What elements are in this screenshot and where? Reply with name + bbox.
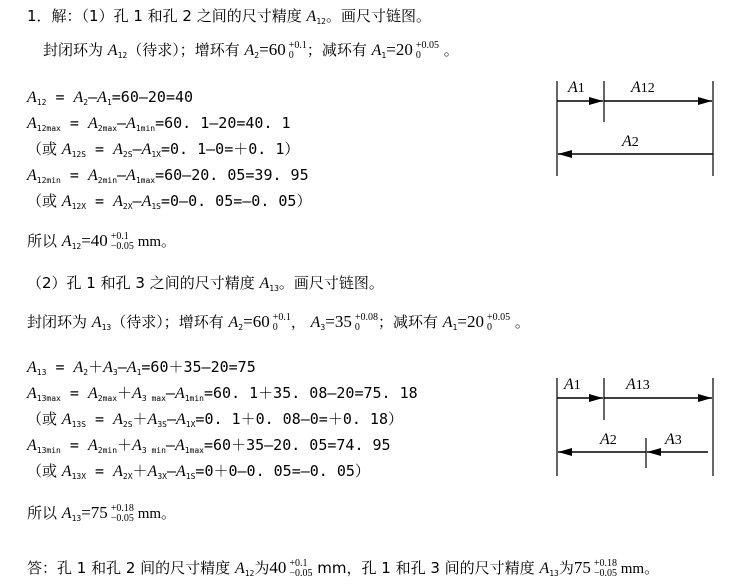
diagram2-label-a3: A3 (665, 431, 682, 449)
diagram1-label-a2: A2 (622, 133, 639, 151)
diagram1-label-a12: A12 (631, 79, 655, 97)
diagram2-label-a2: A2 (600, 431, 617, 449)
diagram1-label-a1: A1 (568, 79, 585, 97)
diagram2-label-a1: A1 (564, 376, 581, 394)
diagram2-label-a13: A13 (626, 376, 650, 394)
